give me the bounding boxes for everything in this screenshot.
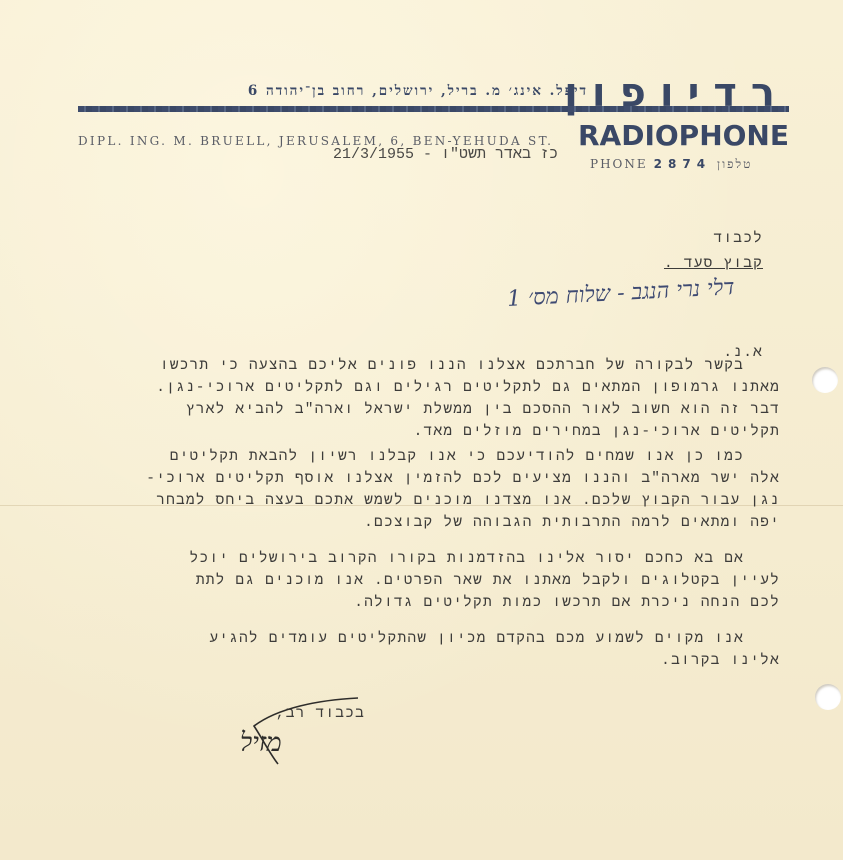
- letterhead-phone: PHONE2874טלפון: [590, 157, 752, 172]
- body-line: בקשר לבקורה של חברתכם אצלנו הננו פונים א…: [110, 355, 780, 377]
- body-paragraph: אם בא כחכם יסור אלינו בהזדמנות בקורו הקר…: [110, 548, 780, 614]
- punch-hole-icon: [815, 684, 841, 710]
- addressee-salutation: לכבוד: [713, 231, 763, 247]
- body-line: כמו כן אנו שמחים להודיעכם כי אנו קבלנו ר…: [110, 446, 780, 468]
- body-line: יפה ומתאים לרמה התרבותית הגבוהה של קבוצכ…: [110, 512, 780, 534]
- addressee-name: קבוץ סעד .: [664, 256, 763, 272]
- letterhead-english-name: RADIOPHONE: [578, 119, 789, 152]
- body-line: דבר זה הוא חשוב לאור ההסכם בין ממשלת ישר…: [110, 399, 780, 421]
- phone-number: 2874: [654, 157, 711, 171]
- body-line: מאתנו גרמופון המתאים גם לתקליטים רגילים …: [110, 377, 780, 399]
- body-line: תקליטים ארוכי-נגן במחירים מוזלים מאד.: [110, 421, 780, 443]
- body-paragraph: כמו כן אנו שמחים להודיעכם כי אנו קבלנו ר…: [110, 446, 780, 534]
- body-line: אלינו בקרוב.: [110, 650, 780, 672]
- letter-date: כז באדר תשט"ו - 21/3/1955: [298, 146, 558, 163]
- body-paragraph: בקשר לבקורה של חברתכם אצלנו הננו פונים א…: [110, 355, 780, 443]
- body-line: לעיין בקטלוגים ולקבל מאתנו את שאר הפרטים…: [110, 570, 780, 592]
- body-line: נגן עבור הקבוץ שלכם. אנו מצדנו מוכנים לש…: [110, 490, 780, 512]
- body-line: אם בא כחכם יסור אלינו בהזדמנות בקורו הקר…: [110, 548, 780, 570]
- body-line: לכם הנחה ניכרת אם תרכשו כמות תקליטים גדו…: [110, 592, 780, 614]
- body-line: אנו מקוים לשמוע מכם בהקדם מכיון שהתקליטי…: [110, 628, 780, 650]
- phone-label-hebrew: טלפון: [717, 157, 752, 171]
- letterhead-divider: [78, 106, 789, 112]
- body-line: אלה ישר מארה"ב והננו מציעים לכם להזמין א…: [110, 468, 780, 490]
- punch-hole-icon: [812, 367, 838, 393]
- signature: מזיל: [240, 728, 282, 758]
- phone-label: PHONE: [590, 157, 648, 171]
- letterhead-hebrew-address: דיפל. אינג׳ מ. בריל, ירושלים, רחוב בן־יה…: [78, 83, 588, 99]
- body-paragraph: אנו מקוים לשמוע מכם בהקדם מכיון שהתקליטי…: [110, 628, 780, 672]
